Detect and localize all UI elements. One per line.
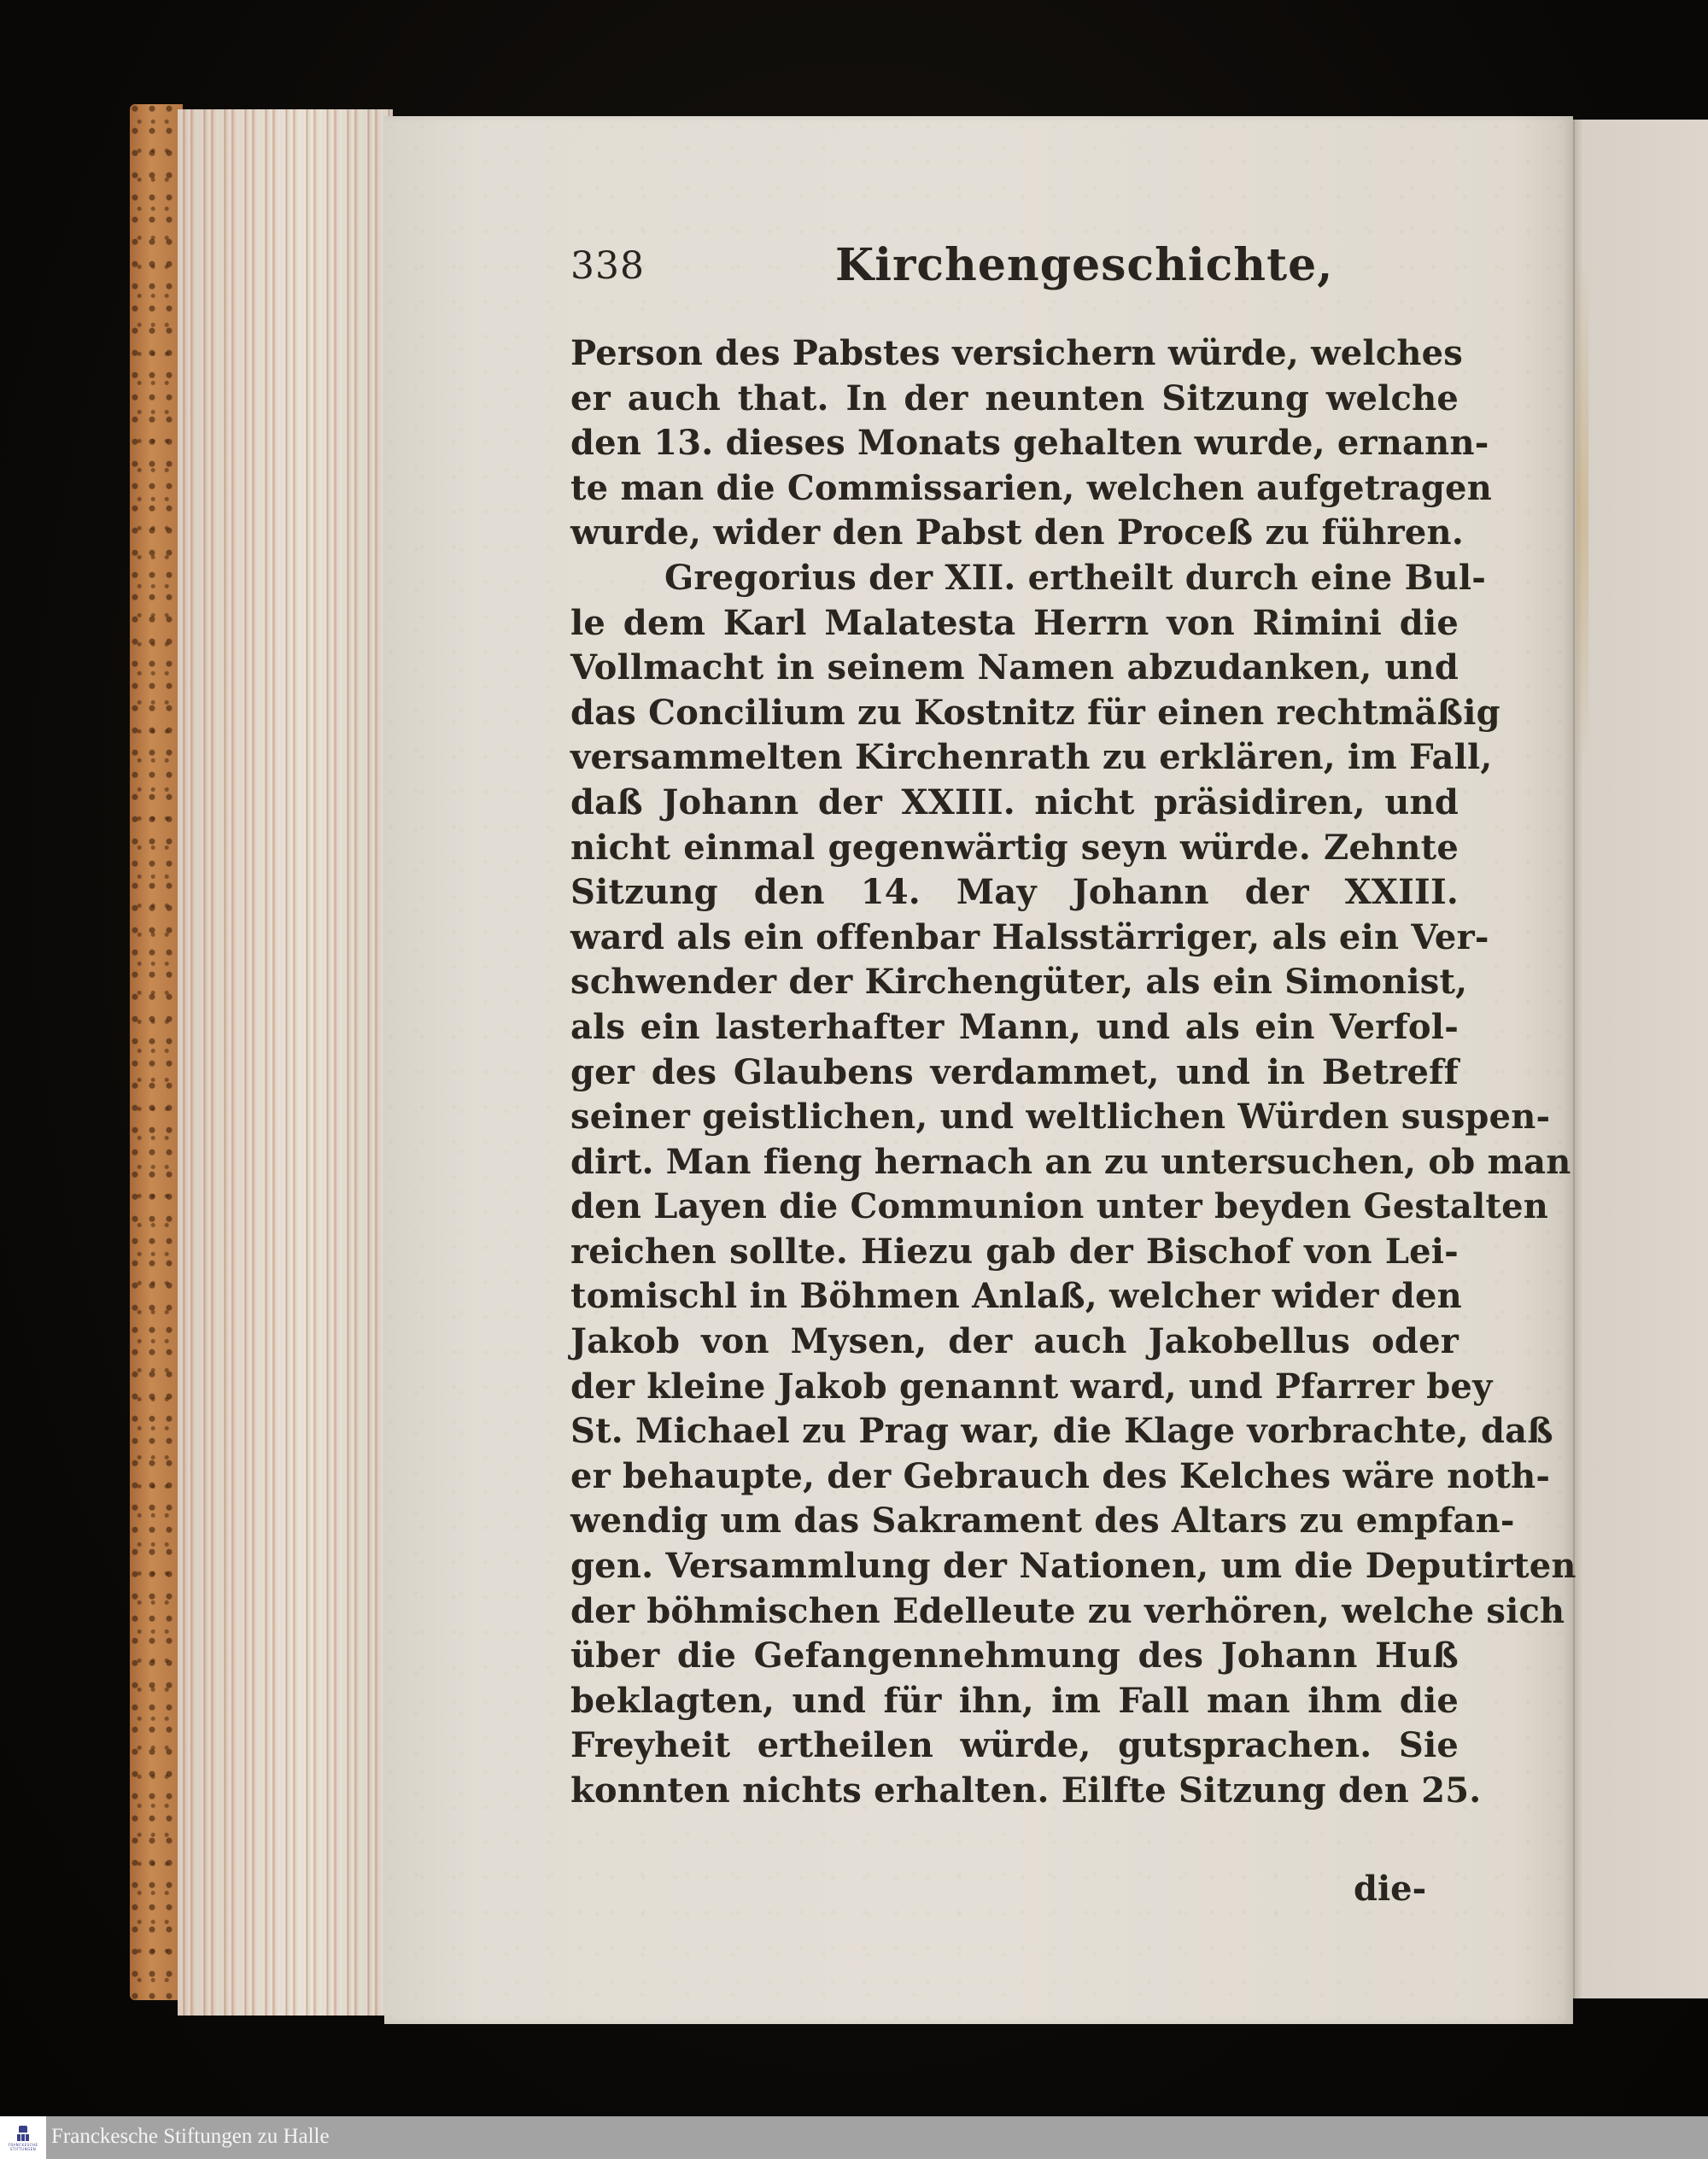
- text-line: versammelten Kirchenrath zu erklären, im…: [570, 735, 1459, 781]
- text-line: tomischl in Böhmen Anlaß, welcher wider …: [570, 1274, 1459, 1319]
- text-line: konnten nichts erhalten. Eilfte Sitzung …: [570, 1769, 1459, 1814]
- text-line: daß Johann der XXIII. nicht präsidiren, …: [570, 781, 1459, 826]
- text-line: dirt. Man fieng hernach an zu untersuche…: [570, 1140, 1459, 1185]
- text-line: den 13. dieses Monats gehalten wurde, er…: [570, 421, 1459, 466]
- text-line: schwender der Kirchengüter, als ein Simo…: [570, 960, 1459, 1005]
- text-line: als ein lasterhafter Mann, und als ein V…: [570, 1005, 1459, 1050]
- running-head: 338 Kirchengeschichte,: [570, 239, 1459, 307]
- book-cover: [130, 104, 183, 2000]
- text-line: reichen sollte. Hiezu gab der Bischof vo…: [570, 1230, 1459, 1275]
- orphanage-logo-icon: [17, 2126, 29, 2143]
- text-line: wendig um das Sakrament des Altars zu em…: [570, 1499, 1459, 1544]
- page-number: 338: [570, 244, 645, 288]
- text-line: der böhmischen Edelleute zu verhören, we…: [570, 1589, 1459, 1635]
- text-line: das Concilium zu Kostnitz für einen rech…: [570, 691, 1459, 736]
- logo-text-line2: STIFTUNGEN: [10, 2147, 36, 2151]
- catchword: die-: [1354, 1869, 1426, 1909]
- text-line: ger des Glaubens verdammet, und in Betre…: [570, 1050, 1459, 1096]
- text-line: beklagten, und für ihn, im Fall man ihm …: [570, 1679, 1459, 1724]
- text-line: Vollmacht in seinem Namen abzudanken, un…: [570, 646, 1459, 691]
- footer-bar: FRANCKESCHE STIFTUNGEN Franckesche Stift…: [0, 2116, 1708, 2159]
- text-line: te man die Commissarien, welchen aufgetr…: [570, 466, 1459, 512]
- text-line: Freyheit ertheilen würde, gutsprachen. S…: [570, 1723, 1459, 1769]
- footer-title: Franckesche Stiftungen zu Halle: [51, 2125, 330, 2149]
- text-line: St. Michael zu Prag war, die Klage vorbr…: [570, 1409, 1459, 1454]
- text-line: den Layen die Communion unter beyden Ges…: [570, 1185, 1459, 1230]
- text-line: nicht einmal gegenwärtig seyn würde. Zeh…: [570, 826, 1459, 871]
- facing-page: [1573, 120, 1708, 1998]
- text-line: Jakob von Mysen, der auch Jakobellus ode…: [570, 1319, 1459, 1365]
- text-line: der kleine Jakob genannt ward, und Pfarr…: [570, 1365, 1459, 1410]
- text-line: Sitzung den 14. May Johann der XXIII.: [570, 870, 1459, 916]
- text-line: er behaupte, der Gebrauch des Kelches wä…: [570, 1454, 1459, 1500]
- institution-logo[interactable]: FRANCKESCHE STIFTUNGEN: [0, 2116, 46, 2159]
- running-head-title: Kirchengeschichte,: [835, 239, 1333, 291]
- text-line: er auch that. In der neunten Sitzung wel…: [570, 377, 1459, 422]
- text-line: le dem Karl Malatesta Herrn von Rimini d…: [570, 601, 1459, 647]
- page-edges: [178, 109, 393, 2016]
- body-text: Person des Pabstes versichern würde, wel…: [570, 331, 1459, 1814]
- text-line: über die Gefangennehmung des Johann Huß: [570, 1634, 1459, 1679]
- text-line: wurde, wider den Pabst den Proceß zu füh…: [570, 511, 1459, 556]
- text-line: gen. Versammlung der Nationen, um die De…: [570, 1544, 1459, 1589]
- text-line: seiner geistlichen, und weltlichen Würde…: [570, 1095, 1459, 1140]
- text-line: Gregorius der XII. ertheilt durch eine B…: [570, 556, 1459, 601]
- text-line: Person des Pabstes versichern würde, wel…: [570, 331, 1459, 377]
- scan-viewport: 338 Kirchengeschichte, Person des Pabste…: [0, 0, 1708, 2116]
- gutter-stain: [1576, 256, 1588, 769]
- text-line: ward als ein offenbar Halsstärriger, als…: [570, 916, 1459, 961]
